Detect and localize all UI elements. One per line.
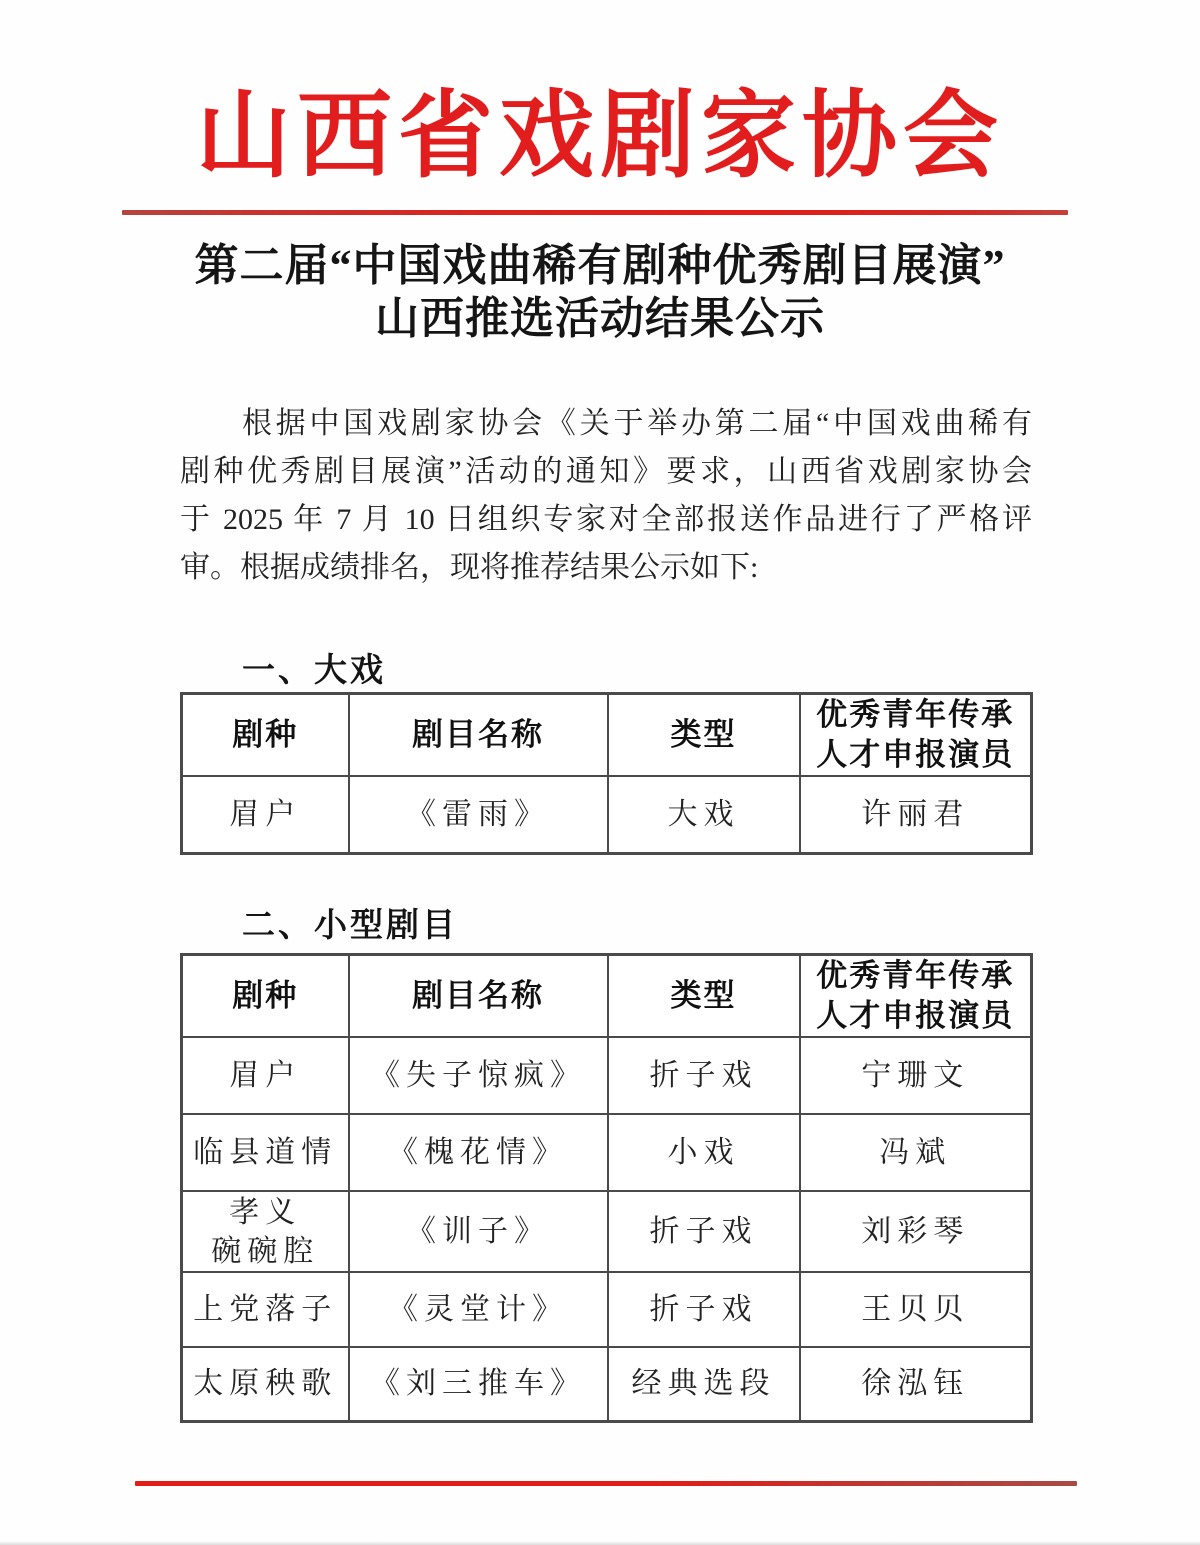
column-header: 类型	[608, 694, 800, 777]
body-paragraph: 根据中国戏剧家协会《关于举办第二届“中国戏曲稀有 剧种优秀剧目展演”活动的通知》…	[180, 400, 1032, 592]
table-header-row: 剧种剧目名称类型优秀青年传承 人才申报演员	[182, 955, 1032, 1038]
body-line: 于 2025 年 7 月 10 日组织专家对全部报送作品进行了严格评	[180, 496, 1032, 544]
section-2-heading: 二、小型剧目	[242, 906, 458, 944]
table-header-row: 剧种剧目名称类型优秀青年传承 人才申报演员	[182, 694, 1032, 777]
header-red-rule	[122, 210, 1068, 215]
table-cell: 许丽君	[800, 776, 1032, 853]
page-bottom-edge-shadow	[0, 1541, 1200, 1545]
column-header: 类型	[608, 955, 800, 1038]
section-2-table: 剧种剧目名称类型优秀青年传承 人才申报演员 眉户《失子惊疯》折子戏宁珊文临县道情…	[180, 953, 1033, 1423]
organization-title: 山西省戏剧家协会	[0, 84, 1200, 188]
table-row: 太原秧歌《刘三推车》经典选段徐泓钰	[182, 1347, 1032, 1421]
table-cell: 折子戏	[608, 1191, 800, 1272]
table-cell: 《失子惊疯》	[349, 1037, 608, 1114]
table-row: 眉户《失子惊疯》折子戏宁珊文	[182, 1037, 1032, 1114]
table-cell: 经典选段	[608, 1347, 800, 1421]
table-cell: 眉户	[182, 1037, 349, 1114]
table-cell: 宁珊文	[800, 1037, 1032, 1114]
table-cell: 太原秧歌	[182, 1347, 349, 1421]
footer-red-rule	[135, 1481, 1077, 1486]
table-cell: 《训子》	[349, 1191, 608, 1272]
table-cell: 临县道情	[182, 1114, 349, 1191]
table-cell: 徐泓钰	[800, 1347, 1032, 1421]
table-cell: 王贝贝	[800, 1272, 1032, 1347]
table-cell: 《槐花情》	[349, 1114, 608, 1191]
table-row: 孝义 碗碗腔《训子》折子戏刘彩琴	[182, 1191, 1032, 1272]
table-cell: 孝义 碗碗腔	[182, 1191, 349, 1272]
column-header: 剧目名称	[349, 694, 608, 777]
table-cell: 刘彩琴	[800, 1191, 1032, 1272]
document-title-line-1: 第二届“中国戏曲稀有剧种优秀剧目展演”	[0, 239, 1200, 292]
table-row: 上党落子《灵堂计》折子戏王贝贝	[182, 1272, 1032, 1347]
document-page: 山西省戏剧家协会 第二届“中国戏曲稀有剧种优秀剧目展演” 山西推选活动结果公示 …	[0, 0, 1200, 1545]
column-header: 剧种	[182, 955, 349, 1038]
section-1-heading: 一、大戏	[242, 651, 386, 689]
column-header: 剧种	[182, 694, 349, 777]
body-line: 审。根据成绩排名，现将推荐结果公示如下:	[180, 544, 1032, 592]
table-cell: 《雷雨》	[349, 776, 608, 853]
table-cell: 《灵堂计》	[349, 1272, 608, 1347]
table-cell: 折子戏	[608, 1272, 800, 1347]
table-row: 临县道情《槐花情》小戏冯斌	[182, 1114, 1032, 1191]
body-line: 根据中国戏剧家协会《关于举办第二届“中国戏曲稀有	[180, 400, 1032, 448]
table-cell: 冯斌	[800, 1114, 1032, 1191]
table-header-row: 剧种剧目名称类型优秀青年传承 人才申报演员	[182, 955, 1032, 1038]
table-cell: 大戏	[608, 776, 800, 853]
table-row: 眉户《雷雨》大戏许丽君	[182, 776, 1032, 853]
document-title-line-2: 山西推选活动结果公示	[0, 292, 1200, 345]
section-1-table: 剧种剧目名称类型优秀青年传承 人才申报演员 眉户《雷雨》大戏许丽君	[180, 692, 1033, 855]
column-header: 优秀青年传承 人才申报演员	[800, 694, 1032, 777]
column-header: 优秀青年传承 人才申报演员	[800, 955, 1032, 1038]
body-line: 剧种优秀剧目展演”活动的通知》要求，山西省戏剧家协会	[180, 448, 1032, 496]
table-cell: 眉户	[182, 776, 349, 853]
column-header: 剧目名称	[349, 955, 608, 1038]
table-cell: 折子戏	[608, 1037, 800, 1114]
document-title: 第二届“中国戏曲稀有剧种优秀剧目展演” 山西推选活动结果公示	[0, 239, 1200, 345]
table-cell: 小戏	[608, 1114, 800, 1191]
table-cell: 《刘三推车》	[349, 1347, 608, 1421]
table-header-row: 剧种剧目名称类型优秀青年传承 人才申报演员	[182, 694, 1032, 777]
table-cell: 上党落子	[182, 1272, 349, 1347]
